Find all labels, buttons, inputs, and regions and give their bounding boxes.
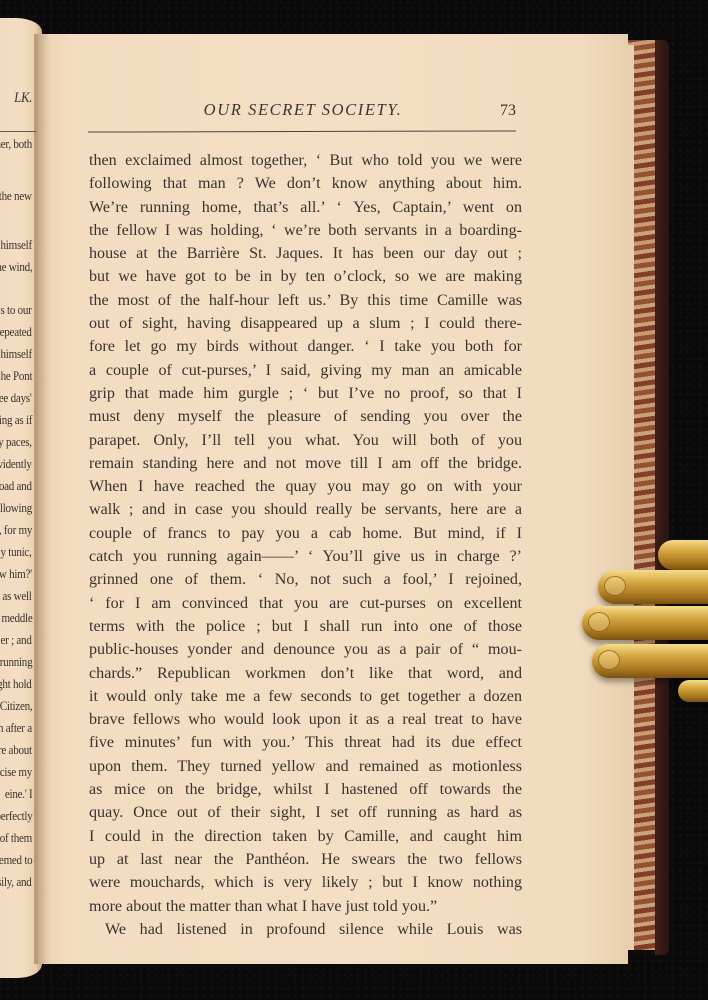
left-line-fragment: re about — [0, 742, 32, 758]
left-line-fragment: er ; and — [1, 632, 32, 648]
text-line: more about the matter than what I have j… — [89, 895, 522, 918]
text-line: public-houses yonder and denounce you as… — [89, 638, 522, 661]
left-line-fragment: her, both — [0, 136, 32, 152]
text-line: remain standing here and not move till I… — [89, 452, 522, 475]
text-line: I could in the direction taken by Camill… — [89, 825, 522, 848]
text-line: ‘ for I am convinced that you are cut-pu… — [89, 592, 522, 615]
left-line-fragment: , for my — [0, 522, 32, 538]
left-line-fragment: ing as if — [0, 412, 32, 428]
text-line: it would only take me a few seconds to g… — [89, 685, 522, 708]
text-line: upon them. They turned yellow and remain… — [89, 755, 522, 778]
left-line-fragment: he Pont — [0, 368, 32, 384]
text-line: up at last near the Panthéon. He swears … — [89, 848, 522, 871]
text-line: fore let go my birds without danger. ‘ I… — [89, 335, 522, 358]
gold-hand-clip-icon — [578, 540, 708, 700]
left-line-fragment: eine.' I — [4, 786, 32, 802]
text-line: parapet. Only, I’ll tell you what. You w… — [89, 429, 522, 452]
left-line-fragment: running — [0, 654, 32, 670]
left-line-fragment: Citizen, — [0, 698, 32, 714]
left-running-head-fragment: LK. — [14, 90, 32, 107]
text-line: chards.” Republican workmen don’t like t… — [89, 662, 522, 685]
left-line-fragment: of them — [0, 830, 32, 846]
text-line: couple of francs to pay you a cab home. … — [89, 522, 522, 545]
gutter-shadow — [34, 34, 50, 964]
left-line-fragment: n after a — [0, 720, 32, 736]
left-line-fragment: epeated — [0, 324, 32, 340]
left-line-fragment: s to our — [1, 302, 32, 318]
text-line: the most of the half-hour left us.’ By t… — [89, 289, 522, 312]
text-line: as mice on the bridge, whilst I hastened… — [89, 778, 522, 801]
left-line-fragment: ty paces, — [0, 434, 32, 450]
text-line: were mouchards, which is very likely ; b… — [89, 871, 522, 894]
left-line-fragment: ght hold — [0, 676, 32, 692]
text-line: following that man ? We don’t know anyth… — [89, 172, 522, 195]
text-line: but we have got to be in by ten o’clock,… — [89, 265, 522, 288]
text-line: grinned one of them. ‘ No, not such a fo… — [89, 568, 522, 591]
left-line-fragment: road and — [0, 478, 32, 494]
text-line: We had listened in profound silence whil… — [89, 918, 522, 941]
text-line: the fellow I was holding, ‘ we’re both s… — [89, 219, 522, 242]
body-text: then exclaimed almost together, ‘ But wh… — [89, 149, 522, 941]
text-line: house at the Barrière St. Jaques. It has… — [89, 242, 522, 265]
text-line: grip that made him gurgle ; ‘ but I’ve n… — [89, 382, 522, 405]
text-line: out of sight, having disappeared up a sl… — [89, 312, 522, 335]
left-line-fragment: himself — [1, 237, 32, 253]
text-line: then exclaimed almost together, ‘ But wh… — [89, 149, 522, 172]
text-line: must deny myself the pleasure of sending… — [89, 405, 522, 428]
left-line-fragment: emed to — [0, 852, 32, 868]
text-line: terms with the police ; but I shall run … — [89, 615, 522, 638]
text-line: a couple of cut-purses,’ I said, giving … — [89, 359, 522, 382]
left-line-fragment: t as well — [0, 588, 32, 604]
text-line: catch you running again——’ ‘ You’ll give… — [89, 545, 522, 568]
left-line-fragment: he wind, — [0, 259, 32, 275]
text-line: five minutes’ fun with you.’ This threat… — [89, 731, 522, 754]
left-line-fragment: perfectly — [0, 808, 32, 824]
text-line: brave fellows who would look upon it as … — [89, 708, 522, 731]
left-line-fragment: w him?' — [0, 566, 32, 582]
left-line-fragment: the new — [0, 188, 32, 204]
left-line-fragment: y tunic, — [1, 544, 32, 560]
left-line-fragment: rcise my — [0, 764, 32, 780]
text-line: When I have reached the quay you may go … — [89, 475, 522, 498]
left-line-fragment: ee days' — [0, 390, 32, 406]
head-rule — [88, 130, 516, 132]
left-line-fragment: sily, and — [0, 874, 32, 890]
left-head-rule — [0, 131, 36, 132]
page-number: 73 — [500, 102, 516, 120]
right-page: OUR SECRET SOCIETY. 73 then exclaimed al… — [38, 34, 628, 964]
left-line-fragment: following — [0, 500, 32, 516]
text-line: We’re running home, that’s all.’ ‘ Yes, … — [89, 196, 522, 219]
page-block-edge — [628, 45, 634, 950]
left-line-fragment: meddle — [1, 610, 32, 626]
left-line-fragment: himself — [1, 346, 32, 362]
text-line: quay. Once out of their sight, I set off… — [89, 801, 522, 824]
text-line: walk ; and in case you should really be … — [89, 498, 522, 521]
left-line-fragment: evidently — [0, 456, 32, 472]
running-head: OUR SECRET SOCIETY. — [88, 100, 518, 120]
book-cover-binding — [655, 40, 669, 955]
